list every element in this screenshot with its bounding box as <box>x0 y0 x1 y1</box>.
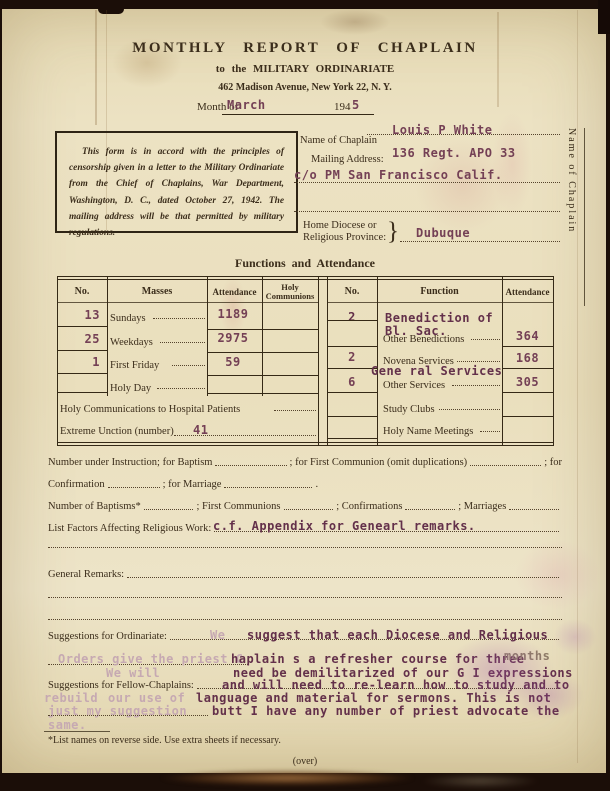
functions-row-no: 2 <box>327 310 377 324</box>
row-rule <box>207 352 318 353</box>
table-header-rule <box>327 302 553 303</box>
ordinariate-typed-faint: We <box>210 628 225 642</box>
dotted-leader <box>457 361 500 362</box>
side-vertical-label: Name of Chaplain <box>566 128 577 233</box>
name-fill-line <box>367 134 560 135</box>
ordinariate-label: Suggestions for Ordinariate: <box>48 631 167 642</box>
blank-rule <box>48 715 208 716</box>
year-printed: 194 <box>334 101 351 113</box>
masses-row-no: 1 <box>62 355 100 369</box>
functions-col-attendance: Attendance <box>502 287 553 297</box>
table-rule <box>553 276 554 445</box>
masses-col-attendance: Attendance <box>207 287 262 297</box>
corner-shadow <box>598 0 610 34</box>
row-rule <box>57 326 107 327</box>
table-rule <box>57 276 554 277</box>
functions-row-attendance: 305 <box>502 375 553 389</box>
dotted-leader <box>452 385 500 386</box>
instruction-line-2: Confirmation ; for Marriage . <box>48 479 562 490</box>
suggestion-typed: butt I have any number of priest advocat… <box>212 704 560 718</box>
dotted-leader <box>405 509 455 510</box>
row-rule <box>327 346 377 347</box>
blank-rule <box>48 597 562 598</box>
dotted-leader <box>274 410 316 411</box>
suggestion-typed-faint: our use of <box>108 691 185 705</box>
dotted-leader <box>174 435 316 436</box>
row-rule <box>57 350 107 351</box>
dotted-leader <box>127 577 559 578</box>
suggestion-typed-faint: We will <box>106 666 160 680</box>
instruction-text: ; First Communions <box>196 501 280 512</box>
diocese-fill-line <box>400 241 560 242</box>
functions-row-label: Holy Name Meetings <box>383 426 473 437</box>
masses-row-attendance: 2975 <box>207 331 259 345</box>
over-label: (over) <box>0 756 610 767</box>
dotted-leader <box>215 465 286 466</box>
instruction-text: Confirmation <box>48 479 105 490</box>
hospital-communions-label: Holy Communications to Hospital Patients <box>60 404 240 415</box>
report-title: MONTHLY REPORT OF CHAPLAIN <box>0 40 610 57</box>
diocese-label-line2: Religious Province: <box>303 232 386 244</box>
blank-rule <box>48 547 562 548</box>
masses-row-no: 25 <box>62 332 100 346</box>
functions-row-label: Other Benedictions <box>383 334 464 345</box>
functions-row-label: Other Services <box>383 380 445 391</box>
section-title: Functions and Attendance <box>0 256 610 271</box>
row-rule <box>502 346 553 347</box>
fellow-chaplains-label: Suggestions for Fellow-Chaplains: <box>48 680 194 691</box>
row-rule <box>207 375 318 376</box>
dotted-leader <box>144 509 194 510</box>
functions-typed-general-services: Gene ral Services <box>371 364 502 378</box>
functions-row-attendance: 168 <box>502 351 553 365</box>
instruction-line-3: Number of Baptisms* ; First Communions ;… <box>48 501 562 512</box>
general-remarks-line: General Remarks: <box>48 569 562 580</box>
masses-col-holy2: Communions <box>262 291 318 301</box>
suggestion-typed: language and material for sermons. This … <box>196 691 551 705</box>
row-rule <box>327 416 377 417</box>
short-rule <box>44 731 110 732</box>
scan-edge-highlight <box>420 774 540 788</box>
dotted-leader <box>284 509 334 510</box>
dotted-leader <box>108 487 160 488</box>
dotted-leader <box>224 487 312 488</box>
diocese-label-line1: Home Diocese or <box>303 220 386 232</box>
table-rule <box>57 279 554 280</box>
row-rule <box>502 368 553 369</box>
torn-edge-notch <box>98 9 124 14</box>
row-rule <box>327 438 377 439</box>
side-vertical-rule <box>584 128 585 306</box>
row-rule <box>57 392 107 393</box>
row-rule <box>57 373 107 374</box>
functions-row-label: Study Clubs <box>383 404 435 415</box>
diocese-label: Home Diocese or Religious Province: <box>303 220 386 244</box>
dotted-leader <box>153 318 205 319</box>
dotted-leader <box>471 339 500 340</box>
suggestion-typed-gray: months <box>504 649 550 663</box>
religious-work-typed: c.f. Appendix for Genearl remarks. <box>213 519 476 533</box>
masses-row-label: Holy Day <box>110 383 151 394</box>
month-typed-value: March <box>227 98 266 112</box>
instruction-text: ; Confirmations <box>336 501 402 512</box>
row-rule <box>327 368 377 369</box>
masses-row-attendance: 59 <box>207 355 259 369</box>
year-typed-value: 5 <box>352 98 360 112</box>
masses-row-label: Sundays <box>110 313 146 324</box>
functions-row-no: 2 <box>327 350 377 364</box>
table-rule <box>318 276 319 445</box>
masses-col-no: No. <box>57 286 107 297</box>
diocese-brace: } <box>387 218 399 246</box>
table-rule <box>57 442 554 443</box>
instruction-line-1: Number under Instruction; for Baptism ; … <box>48 457 562 468</box>
month-fill-line <box>222 114 332 115</box>
masses-row-label: First Friday <box>110 360 159 371</box>
blank-fill-line <box>294 211 560 212</box>
row-rule <box>502 392 553 393</box>
suggestion-typed: haplain s a refresher course for three <box>231 652 525 666</box>
masses-row-attendance: 1189 <box>207 307 259 321</box>
suggestion-typed-faint: same. <box>48 718 87 732</box>
extreme-unction-label: Extreme Unction (number) <box>60 426 174 437</box>
suggestion-typed-faint: rebuild <box>44 691 98 705</box>
functions-col-no: No. <box>327 286 377 297</box>
row-rule <box>327 320 377 321</box>
censorship-notice-text: This form is in accord with the principl… <box>69 144 284 241</box>
functions-typed-benediction-1: Benediction of <box>385 311 493 325</box>
report-address: 462 Madison Avenue, New York 22, N. Y. <box>0 82 610 93</box>
functions-row-attendance: 364 <box>502 329 553 343</box>
dotted-leader <box>509 509 559 510</box>
dotted-leader <box>439 409 500 410</box>
blank-rule <box>48 619 562 620</box>
censorship-notice-box: This form is in accord with the principl… <box>55 131 298 233</box>
instruction-text: . <box>315 479 318 490</box>
mailing-fill-line <box>294 182 560 183</box>
dotted-leader <box>172 365 205 366</box>
row-rule <box>327 392 377 393</box>
row-rule <box>502 416 553 417</box>
functions-row-no: 6 <box>327 375 377 389</box>
scanned-document-page: MONTHLY REPORT OF CHAPLAIN to the MILITA… <box>0 0 610 791</box>
religious-work-label: List Factors Affecting Religious Work: <box>48 523 211 534</box>
instruction-text: ; for <box>544 457 562 468</box>
diocese-value: Dubuque <box>416 226 470 240</box>
suggestion-typed: and will need to re-learn how to study a… <box>222 678 570 692</box>
mailing-address-label: Mailing Address: <box>311 154 384 165</box>
dotted-leader <box>470 465 541 466</box>
suggestion-typed-faint: Orders give the priest C <box>58 652 243 666</box>
ordinariate-typed: suggest that each Diocese and Religious <box>247 628 548 642</box>
general-remarks-label: General Remarks: <box>48 569 124 580</box>
dotted-leader <box>160 342 205 343</box>
functions-col-function: Function <box>377 286 502 297</box>
footnote: *List names on reverse side. Use extra s… <box>48 735 281 746</box>
instruction-text: ; for First Communion (omit duplications… <box>290 457 468 468</box>
mailing-address-value-2: c/o PM San Francisco Calif. <box>294 168 503 182</box>
mailing-address-value-1: 136 Regt. APO 33 <box>392 146 516 160</box>
year-fill-line <box>332 114 374 115</box>
instruction-text: Number of Baptisms* <box>48 501 141 512</box>
instruction-text: ; Marriages <box>458 501 506 512</box>
masses-row-label: Weekdays <box>110 337 153 348</box>
dotted-leader <box>157 388 205 389</box>
row-rule <box>207 393 318 394</box>
instruction-text: ; for Marriage <box>163 479 222 490</box>
table-rule <box>57 445 554 446</box>
masses-col-masses: Masses <box>107 286 207 297</box>
report-subtitle: to the MILITARY ORDINARIATE <box>0 63 610 75</box>
name-of-chaplain-label: Name of Chaplain <box>300 135 377 146</box>
dotted-leader <box>480 431 500 432</box>
masses-row-no: 13 <box>62 308 100 322</box>
table-header-rule <box>58 302 318 303</box>
instruction-text: Number under Instruction; for Baptism <box>48 457 212 468</box>
row-rule <box>207 329 318 330</box>
